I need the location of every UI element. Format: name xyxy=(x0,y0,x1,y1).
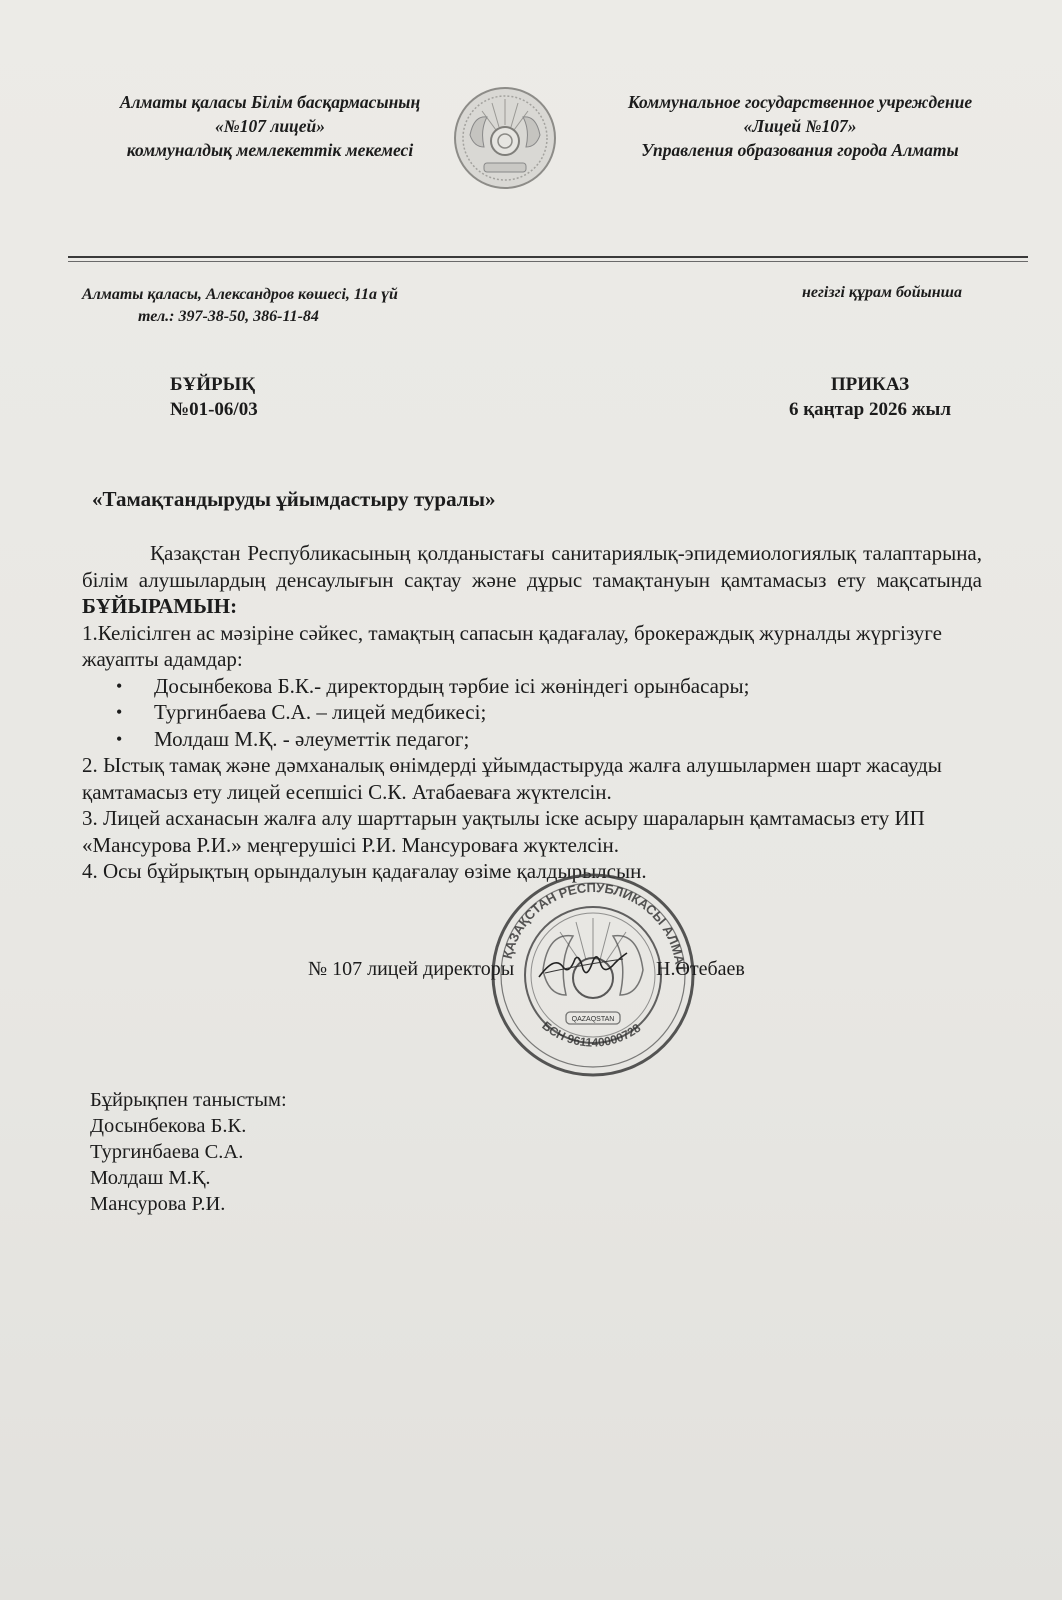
svg-text:QAZAQSTAN: QAZAQSTAN xyxy=(572,1016,615,1023)
order-body: Қазақстан Республикасының қолданыстағы с… xyxy=(82,540,982,885)
header-divider xyxy=(68,256,1028,262)
order-number: №01-06/03 xyxy=(170,397,258,422)
ack-name: Молдаш М.Қ. xyxy=(90,1165,287,1191)
svg-text:БСН 961140000728: БСН 961140000728 xyxy=(539,1018,643,1049)
item-2: 2. Ыстық тамақ және дәмханалық өнімдерді… xyxy=(82,752,982,805)
header-kazakh: Алматы қаласы Білім басқармасының «№107 … xyxy=(70,90,470,162)
order-title: «Тамақтандыруды ұйымдастыру туралы» xyxy=(92,487,495,512)
responsible-list: Досынбекова Б.К.- директордың тәрбие ісі… xyxy=(82,673,982,753)
basis-note: негізгі құрам бойынша xyxy=(802,284,962,302)
state-emblem-icon xyxy=(452,85,558,191)
handwritten-signature-icon xyxy=(535,945,630,985)
director-name: Н.Өтебаев xyxy=(656,958,745,981)
acknowledgement-label: Бұйрықпен таныстым: xyxy=(90,1087,287,1113)
order-kz-label: БҰЙРЫҚ xyxy=(170,372,258,397)
ack-name: Мансурова Р.И. xyxy=(90,1191,287,1217)
list-item: Молдаш М.Қ. - әлеуметтік педагог; xyxy=(154,726,982,753)
item-3: 3. Лицей асханасын жалға алу шарттарын у… xyxy=(82,805,982,858)
header-russian: Коммунальное государственное учреждение … xyxy=(580,90,1020,162)
order-ru-block: ПРИКАЗ 6 қаңтар 2026 жыл xyxy=(770,372,970,422)
intro-paragraph: Қазақстан Республикасының қолданыстағы с… xyxy=(82,540,982,620)
ack-name: Досынбекова Б.К. xyxy=(90,1113,287,1139)
signature-line: № 107 лицей директоры Н.Өтебаев xyxy=(308,958,514,981)
ack-name: Тургинбаева С.А. xyxy=(90,1139,287,1165)
order-ru-label: ПРИКАЗ xyxy=(770,372,970,397)
document-page: Алматы қаласы Білім басқармасының «№107 … xyxy=(0,0,1062,1600)
order-kz-block: БҰЙРЫҚ №01-06/03 xyxy=(170,372,258,422)
director-title: № 107 лицей директоры xyxy=(308,958,514,980)
list-item: Тургинбаева С.А. – лицей медбикесі; xyxy=(154,699,982,726)
header-ru-line: «Лицей №107» xyxy=(580,114,1020,138)
list-item: Досынбекова Б.К.- директордың тәрбие ісі… xyxy=(154,673,982,700)
phone: тел.: 397-38-50, 386-11-84 xyxy=(82,306,398,328)
header-kz-line: «№107 лицей» xyxy=(70,114,470,138)
intro-bold: БҰЙЫРАМЫН: xyxy=(82,594,237,618)
header-ru-line: Управления образования города Алматы xyxy=(580,138,1020,162)
order-date: 6 қаңтар 2026 жыл xyxy=(770,397,970,422)
address: Алматы қаласы, Александров көшесі, 11а ү… xyxy=(82,284,398,306)
header-kz-line: коммуналдық мемлекеттік мекемесі xyxy=(70,138,470,162)
intro-text: Қазақстан Республикасының қолданыстағы с… xyxy=(82,541,982,592)
item-1: 1.Келісілген ас мәзіріне сәйкес, тамақты… xyxy=(82,620,982,673)
header-kz-line: Алматы қаласы Білім басқармасының xyxy=(70,90,470,114)
address-block: Алматы қаласы, Александров көшесі, 11а ү… xyxy=(82,284,398,328)
header-ru-line: Коммунальное государственное учреждение xyxy=(580,90,1020,114)
acknowledgement-block: Бұйрықпен таныстым: Досынбекова Б.К. Тур… xyxy=(90,1087,287,1217)
